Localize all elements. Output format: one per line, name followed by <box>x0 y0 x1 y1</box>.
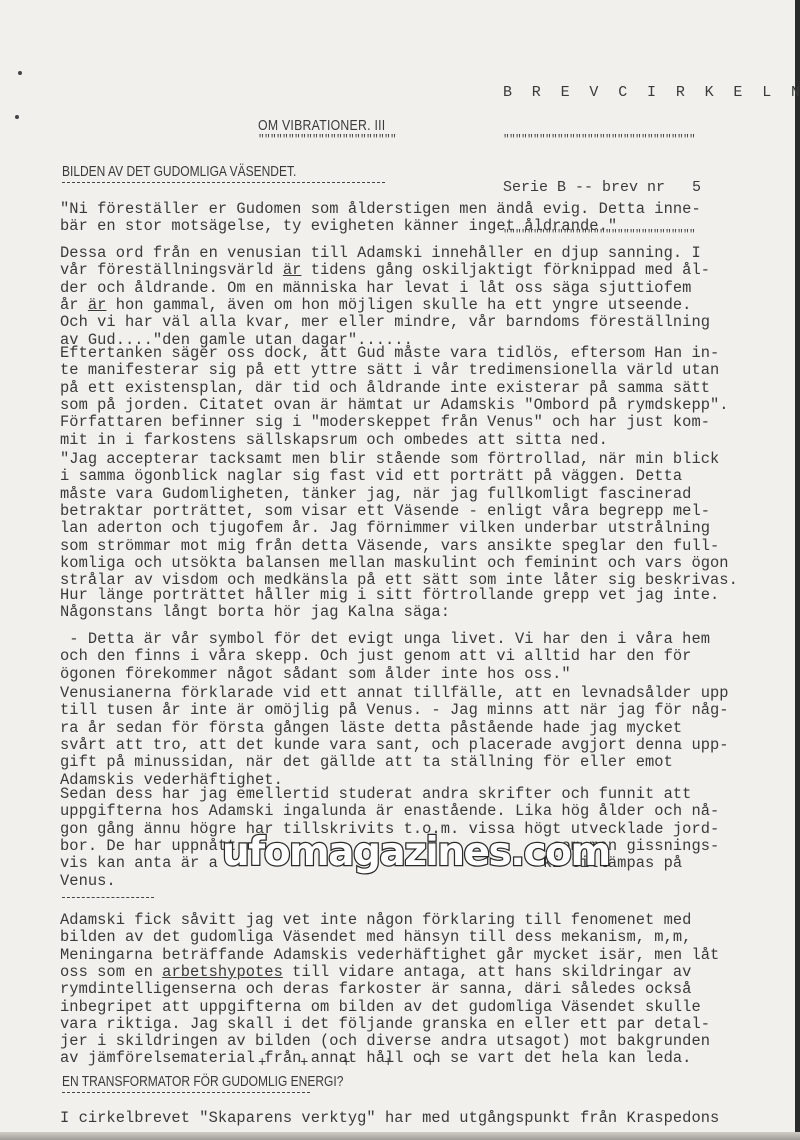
text-line: bär en stor motsägelse, ty evigheten kän… <box>60 218 617 235</box>
text-line: mit in i farkostens sällskapsrum och omb… <box>60 432 608 449</box>
section-heading: EN TRANSFORMATOR FÖR GUDOMLIG ENERGI? <box>62 1073 343 1090</box>
text-line: Författaren befinner sig i "moderskeppet… <box>60 414 710 431</box>
underlined-word: arbetshypotes <box>162 963 283 981</box>
text-line: "Jag accepterar tacksamt men blir ståend… <box>60 451 719 468</box>
text-line: måste vara Gudomligheten, tänker jag, nä… <box>60 486 691 503</box>
text-line: Dessa ord från en venusian till Adamski … <box>60 245 701 262</box>
punch-mark <box>15 115 19 119</box>
text-line: till tusen år inte är omöjlig på Venus. … <box>60 702 729 719</box>
text-line: år är hon gammal, även om hon möjligen s… <box>60 297 691 314</box>
heading-underline <box>62 1092 310 1093</box>
text-line: I cirkelbrevet "Skaparens verktyg" har m… <box>60 1110 719 1127</box>
heading-underline <box>62 182 385 183</box>
page-bottom-edge <box>0 1132 800 1140</box>
text-line: "Ni föreställer er Gudomen som ålderstig… <box>60 201 701 218</box>
text-line: som strömmar mot mig från detta Väsende,… <box>60 538 719 555</box>
text-line: Någonstans långt borta hör jag Kalna säg… <box>60 604 450 621</box>
text-line: och den finns i våra skepp. Och just gen… <box>60 648 691 665</box>
title-rule: """"""""""""""""""""""" <box>258 135 396 145</box>
text-line: ögonen förekommer något sådant som ålder… <box>60 666 571 683</box>
text-line: Och vi har väl alla kvar, mer eller mind… <box>60 314 710 331</box>
text-line: ra år sedan för första gången läste dett… <box>60 720 682 737</box>
section-separator <box>62 897 154 898</box>
text-line: Eftertanken säger oss dock, att Gud måst… <box>60 345 719 362</box>
text-line: som på jorden. Citatet ovan är hämtat ur… <box>60 397 729 414</box>
text-line: der och åldrande. Om en människa har lev… <box>60 280 691 297</box>
text-line: rymdintelligenserna och deras farkoster … <box>60 981 691 998</box>
text-line: - Detta är vår symbol för det evigt unga… <box>60 631 710 648</box>
text-line: Venusianerna förklarade vid ett annat ti… <box>60 685 729 702</box>
punch-mark <box>18 71 22 75</box>
text-line: Hur länge porträttet håller mig i sitt f… <box>60 587 719 604</box>
text-line: inbegripet att uppgifterna om bilden av … <box>60 999 701 1016</box>
text-line: te manifesterar sig på ett yttre sätt i … <box>60 362 719 379</box>
text-line: bilden av det gudomliga Väsendet med hän… <box>60 929 691 946</box>
text-line: svårt att tro, att det kunde vara sant, … <box>60 737 729 754</box>
header-rule: """""""""""""""""""""""""""""""" <box>503 135 800 145</box>
text-line: gift på minussidan, när det gällde att t… <box>60 754 673 771</box>
text-line: vår föreställningsvärld är tidens gång o… <box>60 262 710 279</box>
divider-plus: + + + + + <box>258 1055 434 1071</box>
text-line: Venus. <box>60 873 116 890</box>
underlined-word: är <box>283 261 302 279</box>
text-line: på ett existensplan, där tid och åldrand… <box>60 380 710 397</box>
publication-name: B R E V C I R K E L N. <box>503 84 800 101</box>
series-number: Serie B -- brev nr 5 <box>503 179 800 196</box>
section-heading: BILDEN AV DET GUDOMLIGA VÄSENDET. <box>62 163 296 180</box>
text-line: betraktar porträttet, som visar ett Väse… <box>60 503 710 520</box>
text-line: uppgifterna hos Adamski ingalunda är ena… <box>60 803 719 820</box>
text-line: jer i skildringen av bilden (och diverse… <box>60 1033 710 1050</box>
text-line: Adamski fick såvitt jag vet inte någon f… <box>60 912 691 929</box>
text-line: oss som en arbetshypotes till vidare ant… <box>60 964 691 981</box>
text-line: vara riktiga. Jag skall i det följande g… <box>60 1016 710 1033</box>
text-line: lan aderton och tjugofem år. Jag förnimm… <box>60 520 710 537</box>
document-title: OM VIBRATIONER. III <box>258 117 385 134</box>
underlined-word: är <box>88 296 107 314</box>
text-line: Meningarna beträffande Adamskis vederhäf… <box>60 947 719 964</box>
text-line: i samma ögonblick naglar sig fast vid et… <box>60 468 682 485</box>
text-line: komliga och utsökta balansen mellan mask… <box>60 555 729 572</box>
watermark: ufomagazines.com <box>222 830 610 875</box>
text-line: Sedan dess har jag emellertid studerat a… <box>60 786 691 803</box>
